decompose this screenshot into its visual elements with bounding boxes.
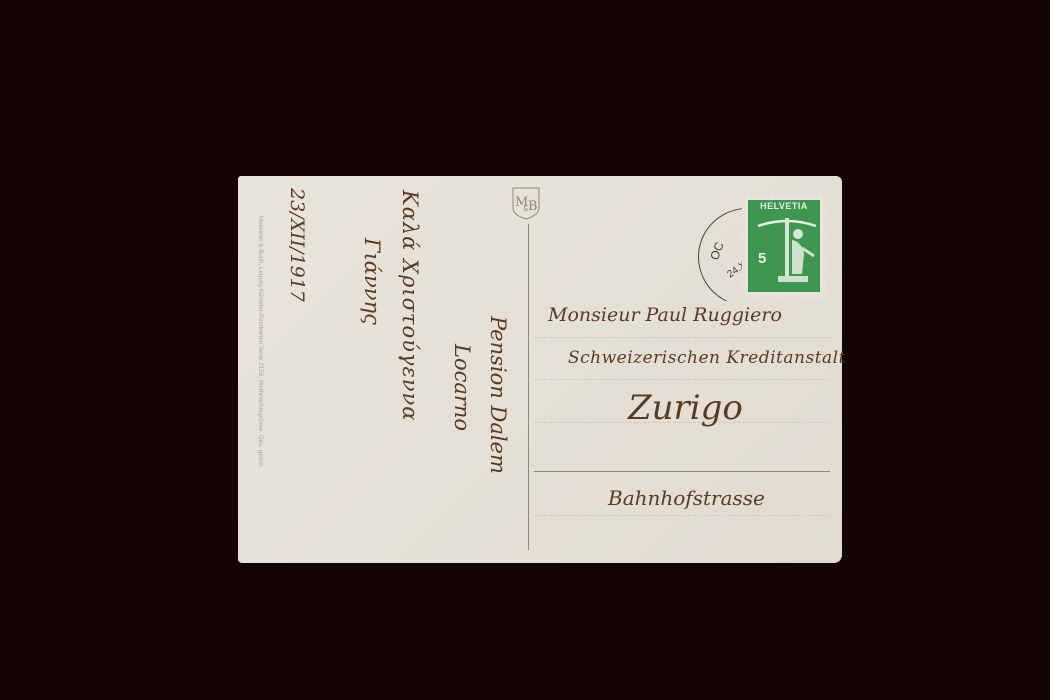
- address-guide-line: [534, 337, 830, 338]
- sender-address: Pension Dalem: [486, 316, 510, 474]
- address-line-1: Monsieur Paul Ruggiero: [548, 304, 782, 326]
- svg-text:B: B: [528, 199, 538, 214]
- address-guide-line: [534, 515, 830, 516]
- publisher-logo-icon: M B &: [511, 186, 541, 220]
- date: 23/XII/1917: [286, 188, 308, 302]
- svg-text:&: &: [523, 206, 529, 213]
- postage-stamp: HELVETIA 5: [742, 194, 826, 298]
- stamp-value: 5: [758, 250, 766, 267]
- postcard: Meissner & Buch, Leipzig Künstler-Postka…: [238, 176, 842, 563]
- sender-city: Locarno: [450, 344, 474, 431]
- address-line-2: Schweizerischen Kreditanstalt: [568, 348, 846, 368]
- william-tell-son-icon: [754, 212, 820, 286]
- publisher-imprint: Meissner & Buch, Leipzig Künstler-Postka…: [250, 216, 264, 526]
- greeting: Καλά Χριστούγεννα: [398, 190, 422, 421]
- stamp-country: HELVETIA: [748, 201, 820, 211]
- address-line-4: Bahnhofstrasse: [608, 486, 765, 510]
- address-guide-line: [534, 379, 830, 380]
- address-line-3: Zurigo: [628, 388, 743, 428]
- center-divider: [528, 224, 529, 550]
- signature: Γιάννης: [360, 238, 384, 325]
- address-guide-line: [534, 471, 830, 472]
